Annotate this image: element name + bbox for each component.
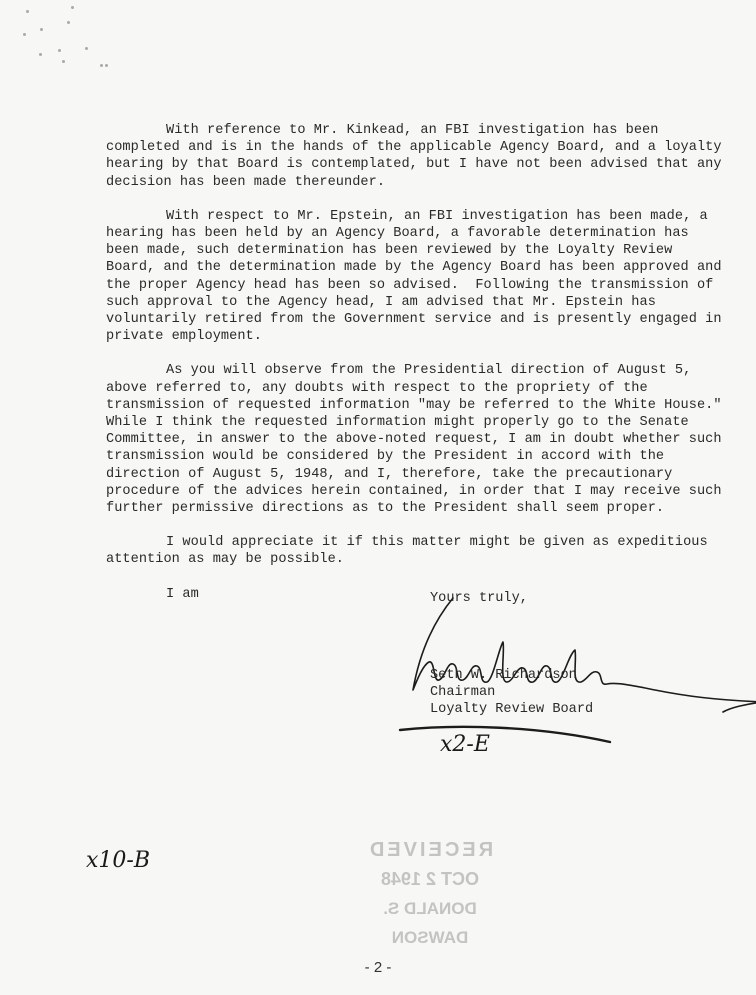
- letter-body: With reference to Mr. Kinkead, an FBI in…: [106, 122, 726, 637]
- signer-block: Seth W. Richardson Chairman Loyalty Revi…: [430, 667, 593, 719]
- stamp-line-name: DONALD S. DAWSON: [345, 894, 515, 952]
- handwritten-underline: [398, 722, 613, 744]
- signer-title: Chairman: [430, 684, 593, 701]
- stamp-line-received: RECEIVED: [345, 836, 515, 865]
- file-annotation: x10-B: [86, 848, 150, 873]
- signature-annotation: x2-E: [440, 732, 490, 757]
- paragraph-epstein: With respect to Mr. Epstein, an FBI inve…: [106, 208, 726, 346]
- paragraph-kinkead: With reference to Mr. Kinkead, an FBI in…: [106, 122, 726, 191]
- signer-organization: Loyalty Review Board: [430, 701, 593, 718]
- paragraph-presidential-direction: As you will observe from the Presidentia…: [106, 362, 726, 517]
- page-number: - 2 -: [0, 959, 756, 976]
- received-stamp: RECEIVED OCT 2 1948 DONALD S. DAWSON: [345, 836, 515, 952]
- stamp-line-date: OCT 2 1948: [345, 865, 515, 894]
- signer-name: Seth W. Richardson: [430, 667, 593, 684]
- paragraph-request-attention: I would appreciate it if this matter mig…: [106, 534, 726, 568]
- document-page: With reference to Mr. Kinkead, an FBI in…: [0, 0, 756, 995]
